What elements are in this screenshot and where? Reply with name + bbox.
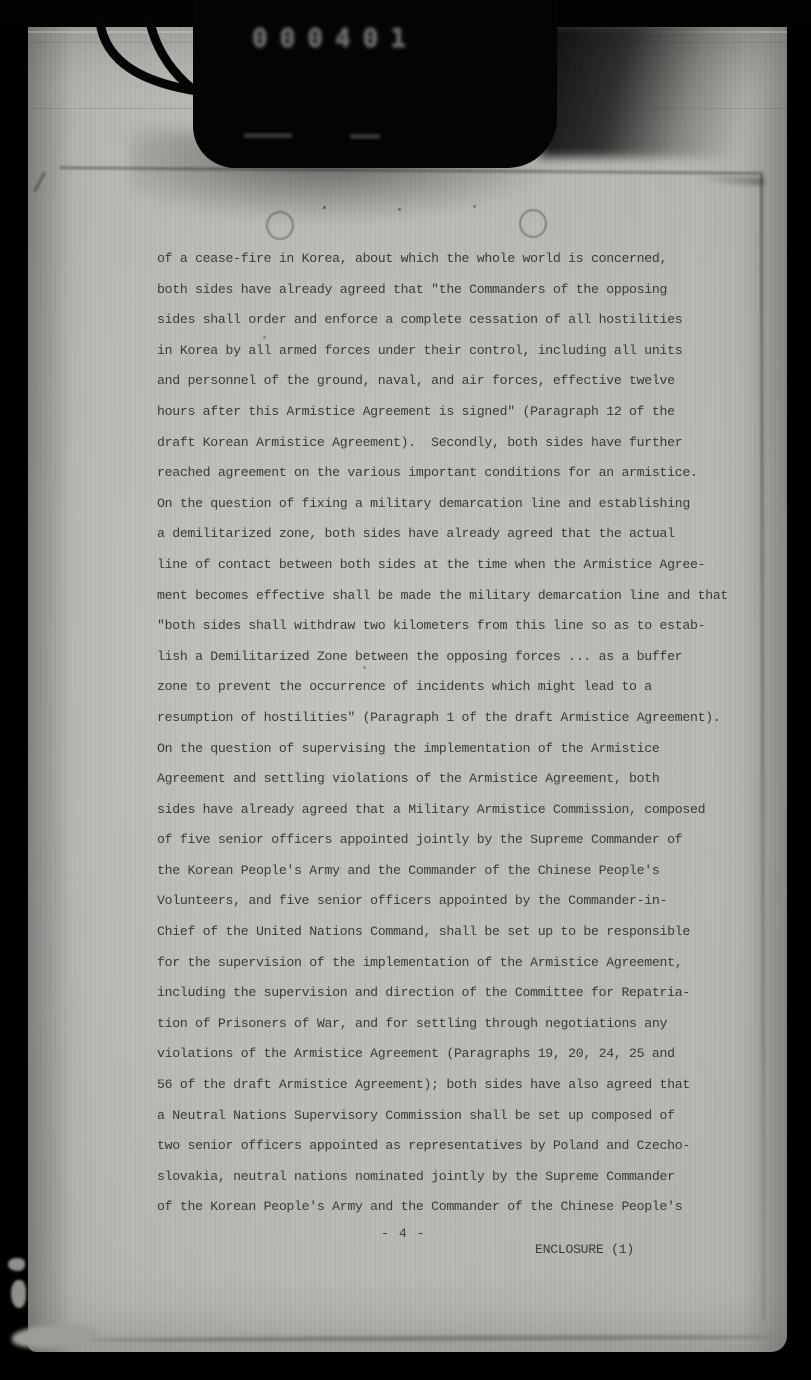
device-shadow [540,22,795,157]
typed-line: and personnel of the ground, naval, and … [157,373,757,404]
typed-line: draft Korean Armistice Agreement). Secon… [157,435,757,466]
typed-line: reached agreement on the various importa… [157,465,757,496]
typed-line: On the question of fixing a military dem… [157,496,757,527]
document-text: of a cease-fire in Korea, about which th… [157,251,757,1230]
typed-line: violations of the Armistice Agreement (P… [157,1046,757,1077]
typed-line: of five senior officers appointed jointl… [157,832,757,863]
typed-line: in Korea by all armed forces under their… [157,343,757,374]
typed-line: a Neutral Nations Supervisory Commission… [157,1108,757,1139]
typed-line: ment becomes effective shall be made the… [157,588,757,619]
typed-line: lish a Demilitarized Zone between the op… [157,649,757,680]
typed-line: line of contact between both sides at th… [157,557,757,588]
typed-line: the Korean People's Army and the Command… [157,863,757,894]
film-speck-upper [8,1258,25,1271]
typed-line: including the supervision and direction … [157,985,757,1016]
typed-line: slovakia, neutral nations nominated join… [157,1169,757,1200]
typed-line: two senior officers appointed as represe… [157,1138,757,1169]
device-slot-right [350,134,380,139]
typed-line: a demilitarized zone, both sides have al… [157,526,757,557]
typed-line: Volunteers, and five senior officers app… [157,893,757,924]
film-frame: of a cease-fire in Korea, about which th… [0,0,811,1380]
typed-line: for the supervision of the implementatio… [157,955,757,986]
counter-display: 000401 [252,24,472,54]
enclosure-label: ENCLOSURE (1) [535,1242,634,1257]
typed-line: sides have already agreed that a Militar… [157,802,757,833]
typed-line: Chief of the United Nations Command, sha… [157,924,757,955]
page-number: - 4 - [381,1226,426,1241]
film-speck-lower [11,1280,26,1308]
typed-line: On the question of supervising the imple… [157,741,757,772]
typed-line: sides shall order and enforce a complete… [157,312,757,343]
typed-line: Agreement and settling violations of the… [157,771,757,802]
device-slot-left [244,133,292,138]
typed-line: tion of Prisoners of War, and for settli… [157,1016,757,1047]
typed-line: resumption of hostilities" (Paragraph 1 … [157,710,757,741]
typed-line: of a cease-fire in Korea, about which th… [157,251,757,282]
typed-line: 56 of the draft Armistice Agreement); bo… [157,1077,757,1108]
typed-line: zone to prevent the occurrence of incide… [157,679,757,710]
typed-line: hours after this Armistice Agreement is … [157,404,757,435]
typed-line: of the Korean People's Army and the Comm… [157,1199,757,1230]
typed-line: both sides have already agreed that "the… [157,282,757,313]
camera-wires-icon [50,18,250,128]
typed-line: "both sides shall withdraw two kilometer… [157,618,757,649]
